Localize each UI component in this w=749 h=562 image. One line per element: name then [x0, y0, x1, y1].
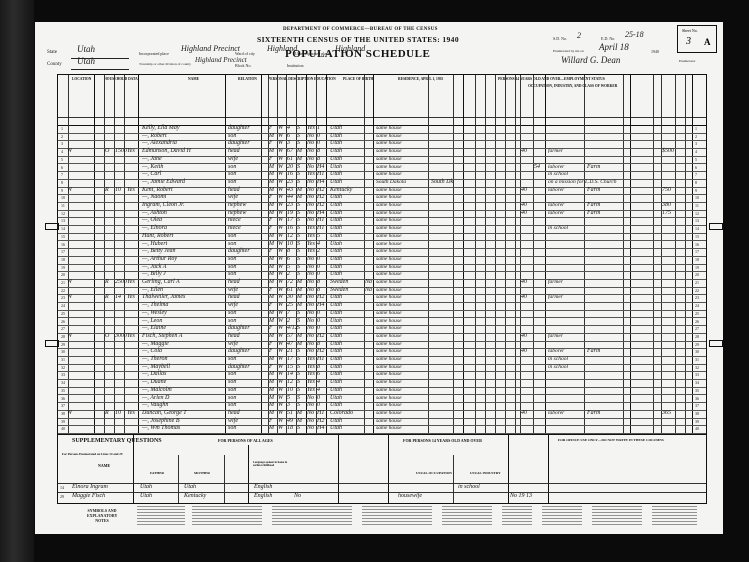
cell-name: —, Naomi — [142, 194, 166, 202]
cell-name: —, Wesley — [142, 310, 167, 318]
cell-value: 1500 — [115, 148, 127, 156]
cell-name: —, Elnora — [142, 225, 167, 233]
line-number: 19 — [61, 265, 65, 270]
notes-block — [272, 506, 352, 526]
cell-grade: 0 — [317, 325, 320, 333]
cell-birthplace: Utah — [330, 348, 342, 356]
col-group-education: EDUCATION — [314, 77, 336, 81]
line-number: 14 — [61, 226, 65, 231]
cell-hours: 40 — [521, 410, 527, 418]
line-number: 20 — [61, 272, 65, 277]
cell-age: 20 — [287, 164, 293, 172]
cell-grade: H4 — [317, 179, 324, 187]
line-number: 5 — [61, 157, 63, 162]
cell-birthplace: Kentucky — [330, 187, 352, 195]
notes-block — [592, 506, 642, 526]
cell-farm: Yes — [127, 279, 135, 287]
line-number: 3 — [61, 141, 63, 146]
cell-relation: niece — [228, 225, 241, 233]
cell-name: —, Arthur Roy — [142, 256, 177, 264]
cell-owned: R — [105, 294, 109, 302]
line-number: 2 — [61, 134, 63, 139]
line-number-right: 15 — [695, 234, 699, 239]
cell-age: 51 — [287, 410, 293, 418]
cell-age: 67 — [287, 148, 293, 156]
cell-relation: son — [228, 171, 236, 179]
cell-sex: F — [269, 364, 273, 372]
cell-name: Duncan, George T — [142, 410, 187, 418]
cell-birthplace: Utah — [330, 256, 342, 264]
cell-occupation: farmer — [548, 333, 563, 341]
cell-marital: M — [297, 187, 302, 195]
cell-marital: M — [297, 287, 302, 295]
sheet-number-box: Sheet No. 3 A — [677, 25, 717, 53]
cell-relation: son — [228, 402, 236, 410]
cell-marital: S — [297, 179, 300, 187]
cell-hours: 40 — [521, 187, 527, 195]
cell-income: 365 — [662, 410, 671, 418]
cell-grade: 4 — [317, 387, 320, 395]
line-number: 15 — [61, 234, 65, 239]
cell-age: 5 — [287, 264, 290, 272]
line-number: 33 — [61, 372, 65, 377]
cell-sex: M — [269, 371, 274, 379]
cell-race: W — [278, 279, 283, 287]
cell-marital: M — [297, 194, 302, 202]
cell-grade: H4 — [317, 164, 324, 172]
cell-residence: same house — [376, 395, 402, 403]
cell-birthplace: Utah — [330, 364, 342, 372]
line-number: 38 — [61, 411, 65, 416]
supp-occupation: housewife — [398, 493, 422, 501]
cell-age: 72 — [287, 279, 293, 287]
ed-value: 25-18 — [625, 30, 644, 39]
cell-occupation: farmer — [548, 294, 563, 302]
cell-marital: M — [297, 410, 302, 418]
supp-mother-birth: Kentucky — [184, 493, 206, 501]
tally-mark-right-14 — [709, 223, 723, 230]
line-number-right: 4 — [695, 149, 697, 154]
cell-birthplace: Utah — [330, 241, 342, 249]
cell-race: W — [278, 248, 283, 256]
cell-marital: M — [297, 279, 302, 287]
cell-residence: same house — [376, 356, 402, 364]
line-number-right: 29 — [695, 342, 699, 347]
cell-occupation: laborer — [548, 348, 564, 356]
line-number: 28 — [61, 334, 65, 339]
cell-occupation: in school — [548, 356, 568, 364]
cell-residence: same house — [376, 156, 402, 164]
cell-marital: S — [297, 325, 300, 333]
ward-label: Ward of city — [235, 51, 255, 56]
cell-residence: same house — [376, 241, 402, 249]
cell-residence: same house — [376, 210, 402, 218]
cell-residence: same house — [376, 371, 402, 379]
cell-sex: F — [269, 287, 273, 295]
cell-school: No — [307, 294, 314, 302]
line-number: 25 — [61, 311, 65, 316]
cell-school: No — [307, 287, 314, 295]
cell-residence: same house — [376, 410, 402, 418]
cell-race: W — [278, 341, 283, 349]
cell-relation: wife — [228, 287, 238, 295]
cell-age: 10 — [287, 387, 293, 395]
cell-name: —, Ashton — [142, 210, 167, 218]
cell-income: 380 — [662, 202, 671, 210]
line-number-right: 7 — [695, 172, 697, 177]
line-number-right: 6 — [695, 165, 697, 170]
cell-grade: 0 — [317, 402, 320, 410]
cell-birthplace: Utah — [330, 318, 342, 326]
line-number-right: 1 — [695, 126, 697, 131]
township-label: Township or other division of county — [139, 62, 191, 66]
cell-industry: Farm — [587, 164, 600, 172]
cell-birthplace: Utah — [330, 387, 342, 395]
line-number-right: 33 — [695, 372, 699, 377]
cell-school: No — [307, 279, 314, 287]
cell-birthplace: Utah — [330, 148, 342, 156]
cell-race: W — [278, 256, 283, 264]
cell-grade: 6 — [317, 371, 320, 379]
cell-grade: 8 — [317, 279, 320, 287]
cell-sex: M — [269, 148, 274, 156]
notes-block — [192, 506, 262, 526]
cell-sex: F — [269, 217, 273, 225]
cell-marital: M — [297, 156, 302, 164]
cell-race: W — [278, 356, 283, 364]
line-number-right: 31 — [695, 357, 699, 362]
cell-marital: S — [297, 133, 300, 141]
cell-sex: M — [269, 187, 274, 195]
cell-name: —, Dallas — [142, 371, 166, 379]
cell-birthplace: Utah — [330, 425, 342, 433]
cell-sex: M — [269, 271, 274, 279]
cell-name: —, Leon — [142, 318, 162, 326]
year-suffix: 1940 — [651, 49, 659, 54]
cell-race: W — [278, 133, 283, 141]
cell-grade: H2 — [317, 187, 324, 195]
sheet-side: A — [704, 37, 711, 47]
line-number-right: 36 — [695, 396, 699, 401]
cell-marital: S — [297, 225, 300, 233]
cell-sex: F — [269, 194, 273, 202]
cell-race: W — [278, 125, 283, 133]
cell-marital: M — [297, 302, 302, 310]
county-label: County — [47, 62, 62, 67]
cell-sex: M — [269, 425, 274, 433]
line-number: 31 — [61, 357, 65, 362]
cell-name: —, Alexandria — [142, 140, 177, 148]
cell-grade: H2 — [317, 202, 324, 210]
line-number: 12 — [61, 211, 65, 216]
cell-name: —, Cola — [142, 348, 162, 356]
cell-marital: S — [297, 256, 300, 264]
col-group-occupation: OCCUPATION, INDUSTRY, AND CLASS OF WORKE… — [528, 84, 617, 88]
line-number: 22 — [61, 288, 65, 293]
tally-mark-right-29 — [709, 340, 723, 347]
census-title: SIXTEENTH CENSUS OF THE UNITED STATES: 1… — [257, 35, 459, 44]
cell-grade: 4 — [317, 241, 320, 249]
cell-marital: S — [297, 402, 300, 410]
supplementary-subtitle: For Persons Enumerated on Lines 14 and 2… — [62, 452, 122, 456]
cell-birthplace: Utah — [330, 356, 342, 364]
line-number: 9 — [61, 188, 63, 193]
cell-race: W — [278, 264, 283, 272]
cell-value: 10 — [115, 410, 121, 418]
cell-farm: Yes — [127, 410, 135, 418]
line-number: 24 — [61, 303, 65, 308]
population-table: LOCATION HOUSEHOLD DATA NAME RELATION PE… — [57, 74, 707, 434]
cell-birthplace: Utah — [330, 271, 342, 279]
cell-school: No — [307, 140, 314, 148]
cell-school: No — [307, 264, 314, 272]
cell-school: No — [307, 187, 314, 195]
cell-owned: R — [105, 187, 109, 195]
cell-residence: same house — [376, 379, 402, 387]
cell-sex: M — [269, 256, 274, 264]
cell-grade: 8 — [317, 364, 320, 372]
cell-residence: same house — [376, 302, 402, 310]
cell-age: 25 — [287, 302, 293, 310]
line-number: 10 — [61, 195, 65, 200]
line-number-right: 25 — [695, 311, 699, 316]
cell-marital: S — [297, 140, 300, 148]
cell-school: No — [307, 202, 314, 210]
cell-relation: son — [228, 164, 236, 172]
cell-birthplace: Utah — [330, 379, 342, 387]
cell-age: 5 — [287, 395, 290, 403]
cell-residence-county: South Dk — [431, 179, 453, 187]
cell-marital: S — [297, 125, 300, 133]
cell-school: No — [307, 302, 314, 310]
cell-relation: nephew — [228, 210, 246, 218]
cell-school: Yes — [307, 248, 315, 256]
line-number: 23 — [61, 295, 65, 300]
cell-sex: F — [269, 325, 273, 333]
cell-marital: S — [297, 233, 300, 241]
cell-residence: same house — [376, 333, 402, 341]
cell-residence: same house — [376, 325, 402, 333]
column-headers: LOCATION HOUSEHOLD DATA NAME RELATION PE… — [58, 75, 706, 126]
cell-marital: S — [297, 241, 300, 249]
cell-birthplace: Utah — [330, 225, 342, 233]
cell-marital: S — [297, 310, 300, 318]
cell-race: W — [278, 333, 283, 341]
cell-birthplace: Utah — [330, 371, 342, 379]
cell-sex: F — [269, 418, 273, 426]
cell-school: Yes — [307, 241, 315, 249]
line-number-right: 13 — [695, 218, 699, 223]
cell-grade: 8 — [317, 156, 320, 164]
cell-relation: head — [228, 279, 240, 287]
cell-school: No — [307, 164, 314, 172]
cell-residence: same house — [376, 217, 402, 225]
line-number-right: 21 — [695, 280, 699, 285]
cell-school: No — [307, 217, 314, 225]
cell-marital: S — [297, 217, 300, 225]
supp-veteran: No — [294, 493, 301, 501]
column-number-row — [58, 117, 706, 118]
line-number-right: 14 — [695, 226, 699, 231]
line-number: 1 — [61, 126, 63, 131]
cell-value: 14 — [115, 294, 121, 302]
cell-marital: S — [297, 364, 300, 372]
cell-occupation: laborer — [548, 202, 564, 210]
cell-age: 47 — [287, 341, 293, 349]
cell-occupation: laborer — [548, 187, 564, 195]
cell-residence: same house — [376, 318, 402, 326]
supp-col-name: NAME — [98, 463, 110, 468]
cell-age: 12 — [287, 233, 293, 241]
sheet-label: Sheet No. — [682, 28, 698, 33]
cell-name: —, Theron — [142, 356, 167, 364]
line-number-right: 32 — [695, 365, 699, 370]
cell-grade: 0 — [317, 256, 320, 264]
cell-school: No — [307, 410, 314, 418]
cell-occupation: on a mission for L.D.S. Church — [548, 179, 617, 187]
cell-school: No — [307, 310, 314, 318]
line-number-right: 3 — [695, 141, 697, 146]
cell-birthplace: Sweden — [330, 287, 348, 295]
cell-birthplace: Utah — [330, 341, 342, 349]
cell-race: W — [278, 310, 283, 318]
line-number: 26 — [61, 319, 65, 324]
notes-block — [442, 506, 492, 526]
cell-value: 10 — [115, 187, 121, 195]
notes-block — [137, 506, 185, 526]
cell-race: W — [278, 225, 283, 233]
ed-label: E.D. No. — [601, 36, 615, 41]
cell-school: Yes — [307, 379, 315, 387]
enumerated-label: Enumerated by me on — [553, 49, 584, 53]
cell-name: Fisch, Stephen A — [142, 333, 182, 341]
cell-grade: H1 — [317, 217, 324, 225]
cell-relation: niece — [228, 217, 241, 225]
cell-marital: S — [297, 395, 300, 403]
cell-sex: M — [269, 318, 274, 326]
cell-age: 3 — [287, 140, 290, 148]
cell-name: —, Ellen — [142, 287, 163, 295]
cell-race: W — [278, 402, 283, 410]
cell-occupation: in school — [548, 225, 568, 233]
line-number-right: 5 — [695, 157, 697, 162]
line-number: 37 — [61, 403, 65, 408]
cell-occupation: farmer — [548, 148, 563, 156]
cell-birthplace: Utah — [330, 164, 342, 172]
line-number-right: 23 — [695, 295, 699, 300]
cell-relation: daughter — [228, 140, 250, 148]
cell-age: 6 — [287, 256, 290, 264]
notes-block — [542, 506, 582, 526]
supp-line-number: 29 — [60, 493, 64, 501]
line-number: 35 — [61, 388, 65, 393]
cell-location: W — [67, 187, 72, 195]
cell-school: Yes — [307, 356, 315, 364]
cell-location: W — [67, 279, 72, 287]
cell-race: W — [278, 164, 283, 172]
supplementary-row: 29 Maggie Fisch Utah Kentucky English No… — [58, 492, 706, 502]
cell-birthplace: Utah — [330, 217, 342, 225]
cell-school: Yes — [307, 225, 315, 233]
cell-grade: 8 — [317, 148, 320, 156]
line-number-right: 10 — [695, 195, 699, 200]
cell-school: No — [307, 194, 314, 202]
cell-sex: M — [269, 233, 274, 241]
cell-citizenship: Na — [365, 279, 372, 287]
cell-school: Yes — [307, 387, 315, 395]
cell-hours: 40 — [521, 279, 527, 287]
cell-sex: F — [269, 225, 273, 233]
cell-owned: O — [105, 333, 109, 341]
cell-grade: H1 — [317, 171, 324, 179]
line-number-right: 18 — [695, 257, 699, 262]
cell-industry: Farm — [587, 187, 600, 195]
cell-race: W — [278, 287, 283, 295]
cell-grade: 0 — [317, 133, 320, 141]
line-number-right: 39 — [695, 419, 699, 424]
line-number: 8 — [61, 180, 63, 185]
supp-father-birth: Utah — [140, 484, 152, 492]
cell-marital: M — [297, 418, 302, 426]
cell-residence: same house — [376, 287, 402, 295]
cell-marital: S — [297, 356, 300, 364]
cell-race: W — [278, 202, 283, 210]
cell-birthplace: Utah — [330, 395, 342, 403]
cell-race: W — [278, 271, 283, 279]
cell-relation: son — [228, 179, 236, 187]
line-number-right: 9 — [695, 188, 697, 193]
cell-residence: same house — [376, 248, 402, 256]
cell-owned: R — [105, 279, 109, 287]
cell-birthplace: Utah — [330, 302, 342, 310]
line-number: 11 — [61, 203, 65, 208]
cell-occupation: laborer — [548, 210, 564, 218]
cell-owned: R — [105, 410, 109, 418]
cell-relation: son — [228, 425, 236, 433]
fourteen-over-header: FOR PERSONS 14 YEARS OLD AND OVER — [403, 438, 482, 443]
enumerator-label: Enumerator — [679, 59, 696, 63]
cell-relation: son — [228, 241, 236, 249]
cell-relation: wife — [228, 341, 238, 349]
cell-age: 21 — [287, 348, 293, 356]
cell-sex: M — [269, 241, 274, 249]
cell-birthplace: Utah — [330, 418, 342, 426]
cell-school: No — [307, 148, 314, 156]
cell-relation: son — [228, 318, 236, 326]
cell-marital: M — [297, 294, 302, 302]
cell-residence: same house — [376, 418, 402, 426]
cell-name: —, Maggie — [142, 341, 169, 349]
cell-residence: same house — [376, 140, 402, 148]
cell-relation: daughter — [228, 364, 250, 372]
table-row: 4040—, Wm ThomassonMW18SNoH4Utahsame hou… — [58, 425, 706, 434]
line-number-right: 37 — [695, 403, 699, 408]
cell-race: W — [278, 217, 283, 225]
cell-occupation: laborer — [548, 164, 564, 172]
cell-age: 19 — [287, 210, 293, 218]
cell-age: 4 — [287, 125, 290, 133]
cell-name: —, Elaine — [142, 325, 166, 333]
cell-grade: H4 — [317, 425, 324, 433]
cell-school: Yes — [307, 364, 315, 372]
cell-hours: 40 — [521, 294, 527, 302]
cell-grade: 8 — [317, 287, 320, 295]
cell-school: Yes — [307, 125, 315, 133]
cell-marital: S — [297, 425, 300, 433]
notes-block — [652, 506, 697, 526]
cell-school: Yes — [307, 233, 315, 241]
line-number-right: 34 — [695, 380, 699, 385]
